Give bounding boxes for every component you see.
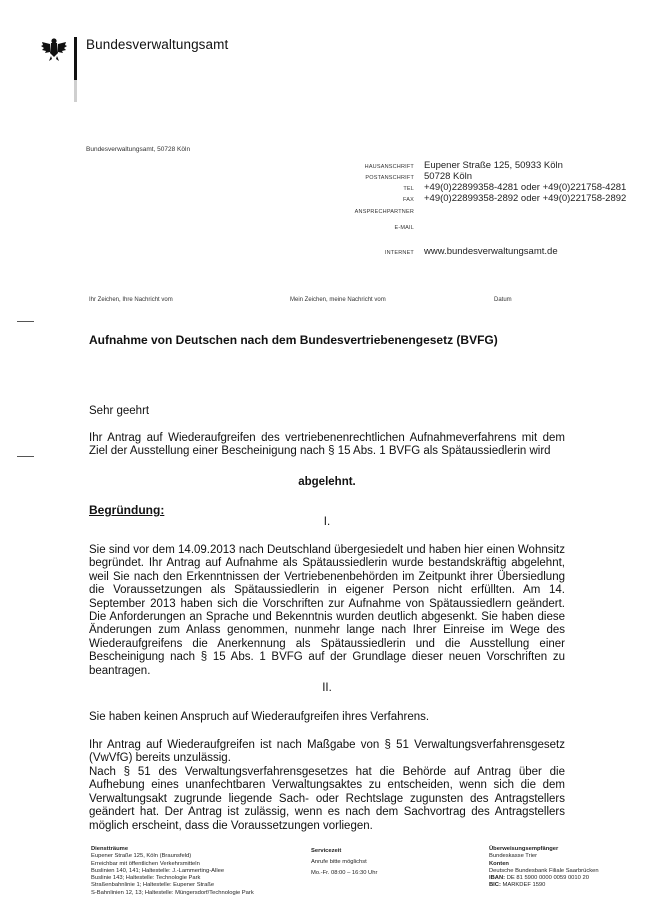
letterhead-bar-tail xyxy=(74,80,77,102)
footer-service-hours: Mo.-Fr. 08:00 – 16:30 Uhr xyxy=(311,870,377,876)
section-2-paragraph-2: Nach § 51 des Verwaltungsverfahrensgeset… xyxy=(89,766,565,833)
contact-row-contact-person: ANSPRECHPARTNER xyxy=(340,209,626,220)
ref-mine: Mein Zeichen, meine Nachricht vom xyxy=(290,297,386,303)
intro-paragraph: Ihr Antrag auf Wiederaufgreifen des vert… xyxy=(89,432,565,459)
footer-service-note: Anrufe bitte möglichst xyxy=(311,859,367,865)
contact-label: TEL xyxy=(340,186,424,192)
footer-iban-label: IBAN: xyxy=(489,875,505,881)
contact-row-email: E-MAIL xyxy=(340,225,626,236)
contact-row-tel: TEL +49(0)22899358-4281 oder +49(0)22175… xyxy=(340,182,626,193)
footer-offices-title: Dienstträume xyxy=(91,846,128,852)
contact-value: +49(0)22899358-4281 oder +49(0)221758-42… xyxy=(424,182,626,193)
footer-bank-name: Deutsche Bundesbank Filiale Saarbrücken xyxy=(489,868,599,874)
contact-label: E-MAIL xyxy=(340,225,424,231)
federal-eagle-icon xyxy=(40,36,68,62)
section-2-numeral: II. xyxy=(89,682,565,695)
footer-bank-recipient: Bundeskasse Trier xyxy=(489,853,537,859)
contact-value: +49(0)22899358-2892 oder +49(0)221758-28… xyxy=(424,193,626,204)
contact-row-fax: FAX +49(0)22899358-2892 oder +49(0)22175… xyxy=(340,193,626,204)
contact-label: FAX xyxy=(340,197,424,203)
org-name: Bundesverwaltungsamt xyxy=(86,37,228,52)
footer-line: Buslinie 143; Haltestelle: Technologie P… xyxy=(91,875,200,881)
subject-line: Aufnahme von Deutschen nach dem Bundesve… xyxy=(89,333,498,347)
contact-label: HAUSANSCHRIFT xyxy=(340,164,424,170)
section-2-lead: Sie haben keinen Anspruch auf Wiederaufg… xyxy=(89,711,565,724)
decision: abgelehnt. xyxy=(89,476,565,489)
contact-label: ANSPRECHPARTNER xyxy=(340,209,424,215)
punch-mark xyxy=(17,456,34,457)
contact-label: INTERNET xyxy=(340,250,424,256)
contact-value: 50728 Köln xyxy=(424,171,472,182)
letterhead-bar xyxy=(74,37,77,80)
footer-iban: DE 81 5900 0000 0059 0010 20 xyxy=(505,875,589,881)
footer-bank-title: Überweisungsempfänger xyxy=(489,846,558,852)
contact-block: HAUSANSCHRIFT Eupener Straße 125, 50933 … xyxy=(340,160,626,257)
footer-bic: MARKDEF 1590 xyxy=(501,882,545,888)
sender-return-address: Bundesverwaltungsamt, 50728 Köln xyxy=(86,146,190,153)
footer-bic-label: BIC: xyxy=(489,882,501,888)
footer-bank: Überweisungsempfänger Bundeskasse Trier … xyxy=(489,846,599,890)
ref-date: Datum xyxy=(494,297,512,303)
contact-label: POSTANSCHRIFT xyxy=(340,175,424,181)
website-link[interactable]: www.bundesverwaltungsamt.de xyxy=(424,246,558,257)
footer-offices: Dienstträume Eupener Straße 125, Köln (B… xyxy=(91,846,254,897)
ref-yours: Ihr Zeichen, Ihre Nachricht vom xyxy=(89,297,173,303)
footer-line: Buslinien 140, 141; Haltestelle: J.-Lamm… xyxy=(91,868,224,874)
footer-line: Eupener Straße 125, Köln (Braunsfeld) xyxy=(91,853,191,859)
section-1-text: Sie sind vor dem 14.09.2013 nach Deutsch… xyxy=(89,544,565,678)
contact-value: Eupener Straße 125, 50933 Köln xyxy=(424,160,563,171)
footer-service-title: Servicezeit xyxy=(311,848,341,854)
section-1-numeral: I. xyxy=(89,516,565,529)
section-2-paragraph-1: Ihr Antrag auf Wiederaufgreifen ist nach… xyxy=(89,739,565,766)
fold-mark xyxy=(17,321,34,322)
contact-row-address: HAUSANSCHRIFT Eupener Straße 125, 50933 … xyxy=(340,160,626,171)
contact-row-postal: POSTANSCHRIFT 50728 Köln xyxy=(340,171,626,182)
footer-service: Servicezeit Anrufe bitte möglichst Mo.-F… xyxy=(311,846,377,879)
footer-accounts-title: Konten xyxy=(489,861,509,867)
reasoning-heading: Begründung: xyxy=(89,503,164,517)
footer-line: S-Bahnlinien 12, 13; Haltestelle: Münger… xyxy=(91,890,254,896)
salutation: Sehr geehrt xyxy=(89,405,565,418)
footer-line: Erreichbar mit öffentlichen Verkehrsmitt… xyxy=(91,861,200,867)
footer-line: Straßenbahnlinie 1; Haltestelle: Eupener… xyxy=(91,882,214,888)
contact-row-internet: INTERNET www.bundesverwaltungsamt.de xyxy=(340,246,626,257)
